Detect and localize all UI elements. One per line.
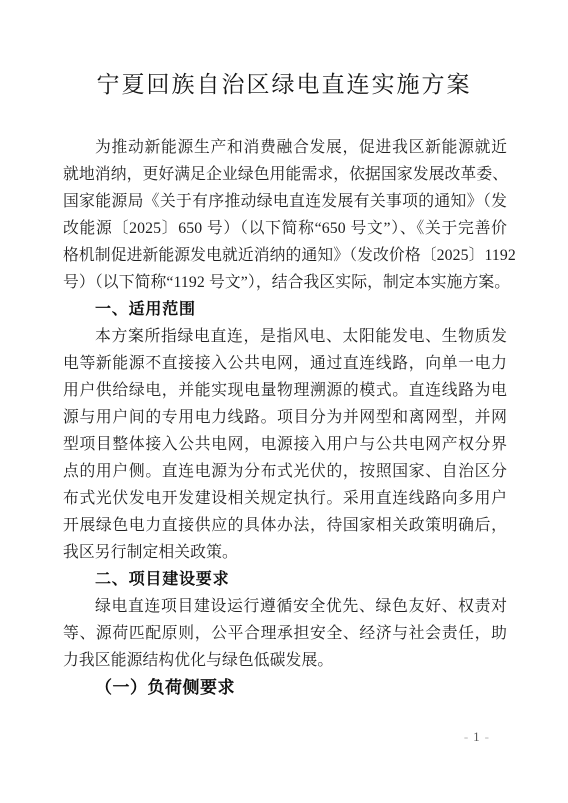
body-line: 我区另行制定相关政策。	[63, 539, 507, 566]
body-line: 型项目整体接入公共电网，电源接入用户与公共电网产权分界	[63, 431, 507, 458]
body-line: 号）（以下简称“1192 号文”），结合我区实际，制定本实施方案。	[63, 269, 507, 296]
body-line: 等、源荷匹配原则，公平合理承担安全、经济与社会责任，助	[63, 620, 507, 647]
body-line: 用户供给绿电，并能实现电量物理溯源的模式。直连线路为电	[63, 377, 507, 404]
page-number-dash: -	[464, 729, 468, 744]
paragraph: 本方案所指绿电直连，是指风电、太阳能发电、生物质发 电等新能源不直接接入公共电网…	[63, 323, 507, 566]
section-heading-project-requirements: 二、项目建设要求	[63, 566, 507, 593]
body-line: 就地消纳，更好满足企业绿色用能需求，依据国家发展改革委、	[63, 161, 507, 188]
document-title: 宁夏回族自治区绿电直连实施方案	[0, 64, 568, 106]
body-line: 源与用户间的专用电力线路。项目分为并网型和离网型，并网	[63, 404, 507, 431]
body-line: 电等新能源不直接接入公共电网，通过直连线路，向单一电力	[63, 350, 507, 377]
paragraph: 为推动新能源生产和消费融合发展，促进我区新能源就近 就地消纳，更好满足企业绿色用…	[63, 134, 507, 296]
body-line: 改能源〔2025〕650 号）（以下简称“650 号文”）、《关于完善价	[63, 215, 507, 242]
document-body: 为推动新能源生产和消费融合发展，促进我区新能源就近 就地消纳，更好满足企业绿色用…	[63, 134, 507, 701]
body-line: 力我区能源结构优化与绿色低碳发展。	[63, 647, 507, 674]
body-line: 格机制促进新能源发电就近消纳的通知》（发改价格〔2025〕1192	[63, 242, 507, 269]
body-line: 开展绿色电力直接供应的具体办法，待国家相关政策明确后，	[63, 512, 507, 539]
body-line: 点的用户侧。直连电源为分布式光伏的，按照国家、自治区分	[63, 458, 507, 485]
body-line: 为推动新能源生产和消费融合发展，促进我区新能源就近	[63, 134, 507, 161]
page-number-value: 1	[473, 729, 480, 744]
body-line: 本方案所指绿电直连，是指风电、太阳能发电、生物质发	[63, 323, 507, 350]
body-line: 绿电直连项目建设运行遵循安全优先、绿色友好、权责对	[63, 593, 507, 620]
subsection-heading-load-side: （一）负荷侧要求	[63, 674, 507, 701]
body-line: 国家能源局《关于有序推动绿电直连发展有关事项的通知》（发	[63, 188, 507, 215]
section-heading-scope: 一、适用范围	[63, 296, 507, 323]
body-line: 布式光伏发电开发建设相关规定执行。采用直连线路向多用户	[63, 485, 507, 512]
page-number: -1-	[459, 728, 494, 746]
page-number-dash: -	[485, 729, 489, 744]
document-page: 宁夏回族自治区绿电直连实施方案 为推动新能源生产和消费融合发展，促进我区新能源就…	[0, 0, 568, 803]
paragraph: 绿电直连项目建设运行遵循安全优先、绿色友好、权责对 等、源荷匹配原则，公平合理承…	[63, 593, 507, 674]
